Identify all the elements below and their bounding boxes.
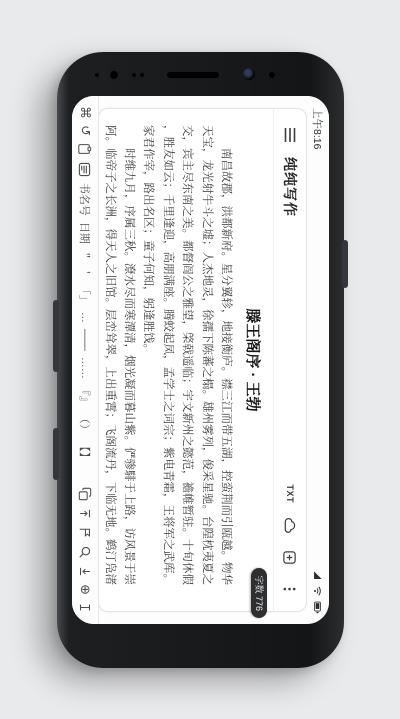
circle-plus-icon[interactable]: ⊕: [77, 584, 93, 595]
document-paragraph: 南昌故郡，洪都新府。星分翼轸，地接衡庐。襟三江而带五湖，控蛮荆而引瓯越。物华天宝…: [138, 125, 235, 595]
earpiece-speaker: [167, 72, 219, 78]
parentheses-button[interactable]: （）: [77, 413, 93, 435]
document-editor[interactable]: 滕王阁序 · 王勃 南昌故郡，洪都新府。星分翼轸，地接衡庐。襟三江而带五湖，控蛮…: [99, 109, 273, 611]
sensor-dot: [132, 73, 136, 77]
scroll-bottom-icon[interactable]: [78, 565, 92, 578]
editor-card: 纯纯写作 TXT 滕王阁序 · 王勃 南昌故郡，洪都新府。星分翼轸，地: [98, 108, 307, 612]
double-ellipsis-button[interactable]: ……: [79, 357, 91, 379]
double-quote-button[interactable]: ＂: [77, 250, 93, 261]
date-button[interactable]: 日期: [77, 222, 93, 244]
copy-icon[interactable]: [78, 487, 92, 501]
hamburger-icon[interactable]: [280, 125, 300, 145]
app-surface-rotated: 上午8:16 纯纯写作 TXT: [72, 96, 329, 624]
bottom-toolbar: ⌘ ↺ 书名号 日期 ＂ ＇ 「」 … —— …… 『』 （） 【】: [72, 96, 99, 624]
em-dash-button[interactable]: ——: [79, 329, 91, 351]
white-corner-brackets-button[interactable]: 『』: [77, 385, 93, 407]
phone-screen: 上午8:16 纯纯写作 TXT: [72, 96, 329, 624]
scene: { "status_bar": { "time": "上午8:16", "ico…: [0, 0, 400, 719]
paste-icon[interactable]: [78, 142, 93, 156]
overflow-menu-icon[interactable]: [280, 579, 300, 599]
symbols-toggle-icon[interactable]: ⌘: [77, 106, 93, 119]
add-article-icon[interactable]: [280, 547, 300, 567]
document-paragraph: 时维九月，序属三秋。潦水尽而寒潭清，烟光凝而暮山紫。俨骖騑于上路，访风景于崇阿。…: [99, 125, 138, 595]
search-icon[interactable]: [78, 545, 92, 559]
cloud-sync-icon[interactable]: [280, 515, 300, 535]
single-quote-button[interactable]: ＇: [77, 267, 93, 278]
app-bar: 纯纯写作 TXT: [273, 109, 306, 611]
power-button[interactable]: [342, 240, 348, 288]
phone-frame: 上午8:16 纯纯写作 TXT: [57, 52, 344, 668]
battery-icon: [313, 601, 324, 614]
square-brackets-button[interactable]: 【】: [77, 441, 93, 463]
corner-brackets-button[interactable]: 「」: [77, 284, 93, 306]
front-camera: [243, 68, 255, 80]
word-count-chip: 字数 776: [251, 568, 267, 618]
sensor-dot: [269, 72, 275, 78]
lines-icon[interactable]: [79, 162, 92, 177]
wifi-icon: [313, 585, 324, 597]
signal-icon: [313, 570, 324, 581]
proximity-sensor-dot: [95, 73, 99, 77]
cursor-icon[interactable]: [78, 601, 92, 614]
book-title-mark-button[interactable]: 书名号: [77, 183, 93, 216]
ellipsis-button[interactable]: …: [79, 312, 91, 323]
format-badge[interactable]: TXT: [285, 485, 295, 504]
sensor-dot: [140, 73, 144, 77]
scroll-top-icon[interactable]: [78, 507, 92, 520]
status-time: 上午8:16: [311, 108, 326, 149]
document-title: 滕王阁序 · 王勃: [241, 125, 263, 595]
sensor-dot: [110, 71, 118, 79]
volume-button[interactable]: [53, 300, 59, 372]
flag-icon[interactable]: [78, 526, 92, 539]
bixby-button[interactable]: [53, 428, 59, 480]
app-title: 纯纯写作: [280, 157, 300, 217]
status-bar: 上午8:16: [309, 96, 329, 624]
undo-icon[interactable]: ↺: [77, 125, 93, 136]
